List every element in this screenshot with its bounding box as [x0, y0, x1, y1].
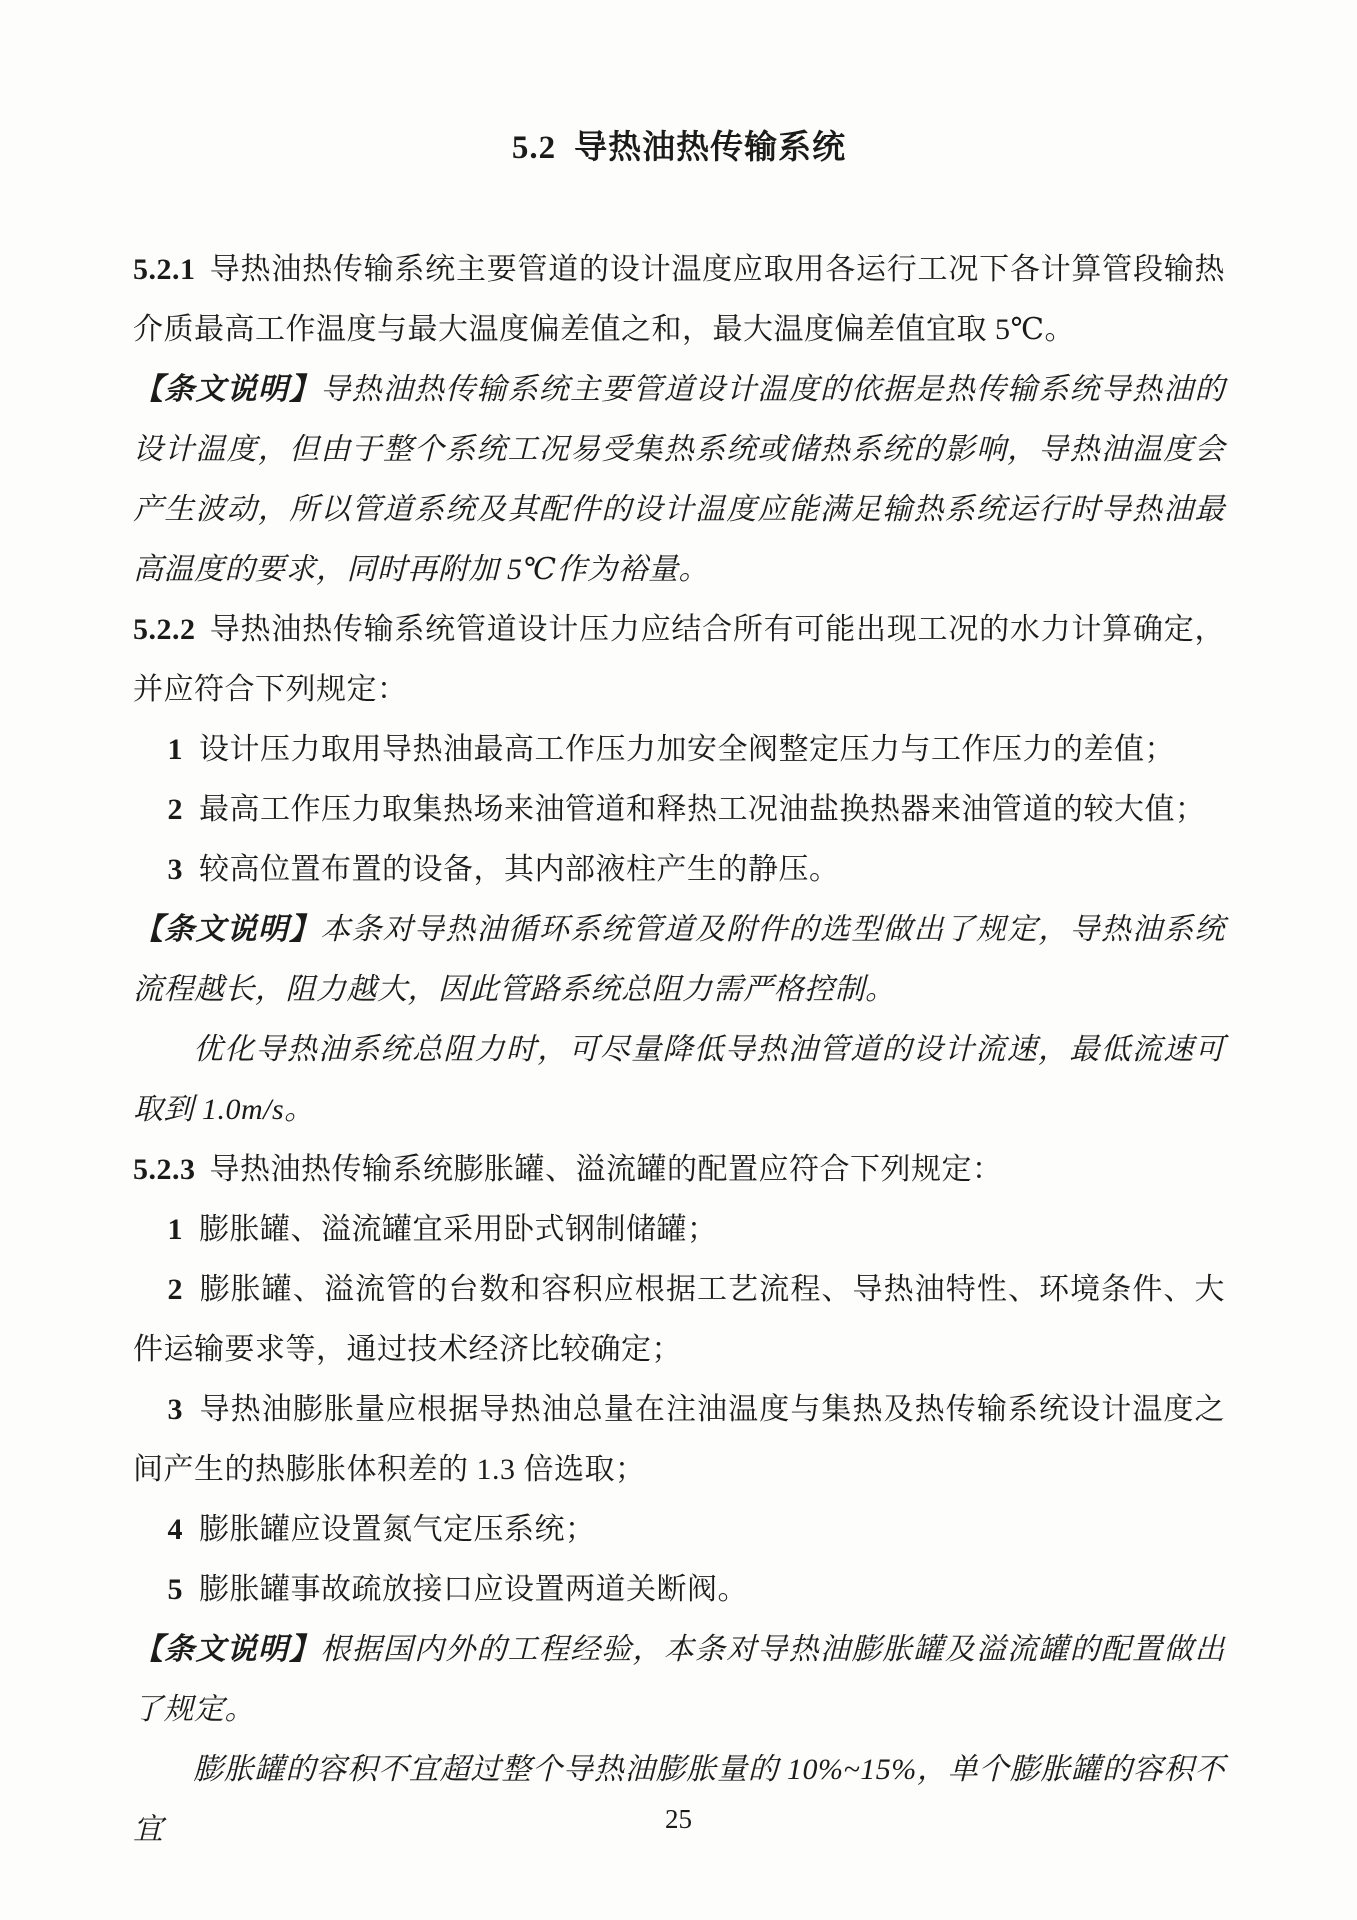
item-text: 膨胀罐事故疏放接口应设置两道关断阀。 — [199, 1573, 748, 1606]
item-number: 2 — [168, 1273, 184, 1306]
item-number: 2 — [168, 793, 184, 826]
section-title-text: 导热油热传输系统 — [574, 130, 846, 166]
clause-5-2-3: 5.2.3导热油热传输系统膨胀罐、溢流罐的配置应符合下列规定： — [133, 1140, 1225, 1200]
note-paragraph: 【条文说明】根据国内外的工程经验，本条对导热油膨胀罐及溢流罐的配置做出了规定。 — [133, 1620, 1225, 1740]
note-label: 【条文说明】 — [133, 373, 320, 406]
item-number: 1 — [168, 1213, 184, 1246]
clause-text: 导热油热传输系统主要管道的设计温度应取用各运行工况下各计算管段输热介质最高工作温… — [133, 253, 1225, 346]
section-title: 5.2导热油热传输系统 — [133, 118, 1225, 178]
list-item-1: 1设计压力取用导热油最高工作压力加安全阀整定压力与工作压力的差值； — [133, 720, 1225, 780]
list-item-5: 5膨胀罐事故疏放接口应设置两道关断阀。 — [133, 1560, 1225, 1620]
item-number: 5 — [168, 1573, 184, 1606]
item-text: 设计压力取用导热油最高工作压力加安全阀整定压力与工作压力的差值； — [199, 733, 1175, 766]
item-text: 导热油膨胀量应根据导热油总量在注油温度与集热及热传输系统设计温度之间产生的热膨胀… — [133, 1393, 1225, 1486]
note-continuation-paragraph: 优化导热油系统总阻力时，可尽量降低导热油管道的设计流速，最低流速可取到 1.0m… — [133, 1020, 1225, 1140]
note-paragraph: 【条文说明】导热油热传输系统主要管道设计温度的依据是热传输系统导热油的设计温度，… — [133, 360, 1225, 600]
list-item-2: 2最高工作压力取集热场来油管道和释热工况油盐换热器来油管道的较大值； — [133, 780, 1225, 840]
note-label: 【条文说明】 — [133, 1633, 320, 1666]
list-item-1: 1膨胀罐、溢流罐宜采用卧式钢制储罐； — [133, 1200, 1225, 1260]
list-item-4: 4膨胀罐应设置氮气定压系统； — [133, 1500, 1225, 1560]
document-page: 5.2导热油热传输系统 5.2.1导热油热传输系统主要管道的设计温度应取用各运行… — [0, 0, 1357, 1920]
note-continuation-paragraph: 膨胀罐的容积不宜超过整个导热油膨胀量的 10%~15%，单个膨胀罐的容积不宜 — [133, 1740, 1225, 1860]
note-label: 【条文说明】 — [133, 913, 320, 946]
note-text: 优化导热油系统总阻力时，可尽量降低导热油管道的设计流速，最低流速可取到 1.0m… — [133, 1033, 1225, 1126]
clause-5-2-1: 5.2.1导热油热传输系统主要管道的设计温度应取用各运行工况下各计算管段输热介质… — [133, 240, 1225, 360]
list-item-3: 3导热油膨胀量应根据导热油总量在注油温度与集热及热传输系统设计温度之间产生的热膨… — [133, 1380, 1225, 1500]
clause-number: 5.2.1 — [133, 253, 196, 286]
item-text: 较高位置布置的设备，其内部液柱产生的静压。 — [199, 853, 840, 886]
list-item-3: 3较高位置布置的设备，其内部液柱产生的静压。 — [133, 840, 1225, 900]
item-number: 1 — [168, 733, 184, 766]
item-text: 膨胀罐应设置氮气定压系统； — [199, 1513, 596, 1546]
item-number: 3 — [168, 853, 184, 886]
section-title-number: 5.2 — [512, 130, 556, 166]
note-paragraph: 【条文说明】本条对导热油循环系统管道及附件的选型做出了规定，导热油系统流程越长，… — [133, 900, 1225, 1020]
item-text: 膨胀罐、溢流罐宜采用卧式钢制储罐； — [199, 1213, 718, 1246]
clause-number: 5.2.2 — [133, 613, 196, 646]
item-number: 4 — [168, 1513, 184, 1546]
item-text: 最高工作压力取集热场来油管道和释热工况油盐换热器来油管道的较大值； — [199, 793, 1206, 826]
clause-number: 5.2.3 — [133, 1153, 196, 1186]
list-item-2: 2膨胀罐、溢流管的台数和容积应根据工艺流程、导热油特性、环境条件、大件运输要求等… — [133, 1260, 1225, 1380]
page-number: 25 — [0, 1804, 1357, 1834]
item-number: 3 — [168, 1393, 184, 1426]
clause-text: 导热油热传输系统膨胀罐、溢流罐的配置应符合下列规定： — [210, 1153, 1003, 1186]
clause-text: 导热油热传输系统管道设计压力应结合所有可能出现工况的水力计算确定，并应符合下列规… — [133, 613, 1225, 706]
item-text: 膨胀罐、溢流管的台数和容积应根据工艺流程、导热油特性、环境条件、大件运输要求等，… — [133, 1273, 1225, 1366]
clause-5-2-2: 5.2.2导热油热传输系统管道设计压力应结合所有可能出现工况的水力计算确定，并应… — [133, 600, 1225, 720]
